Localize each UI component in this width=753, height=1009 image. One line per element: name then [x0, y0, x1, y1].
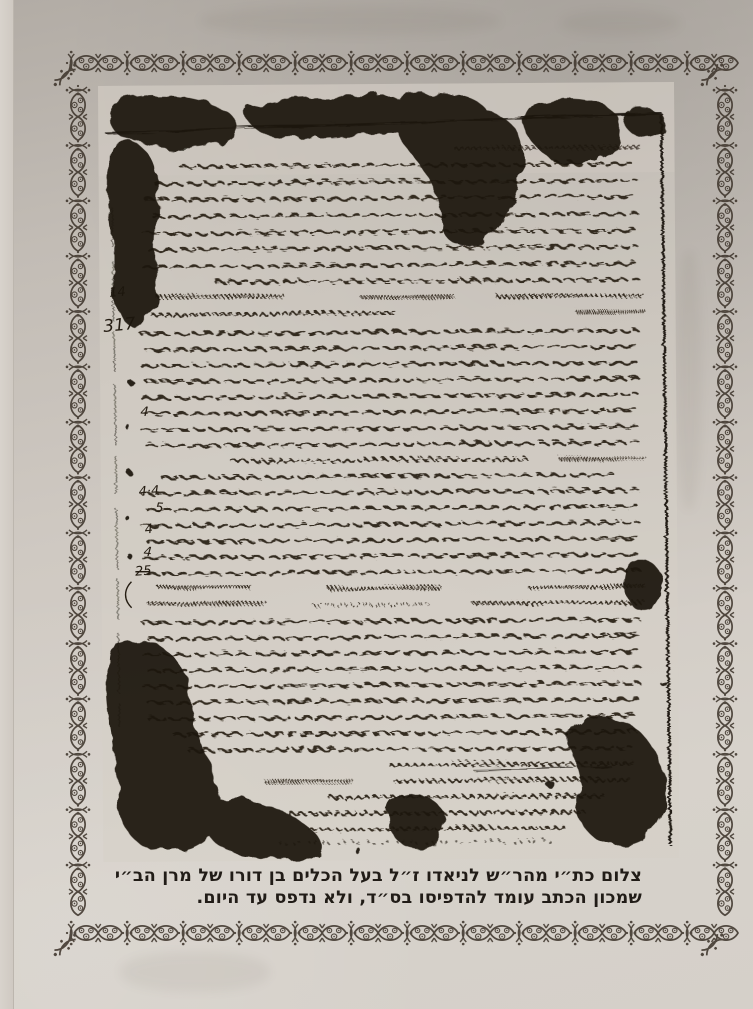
svg-text:4: 4	[143, 545, 152, 561]
ornamental-border-right	[713, 85, 738, 915]
border-corner-ornament	[50, 929, 81, 960]
ornamental-border-bottom	[66, 921, 738, 946]
ornamental-border-top	[66, 51, 738, 76]
svg-text:4: 4	[140, 405, 149, 420]
book-page-photo: 14 317 4 4·4 5 4 4 25	[0, 0, 753, 1009]
svg-text:4: 4	[144, 522, 154, 538]
caption: צלום כת״י מהר״ש לניאדו ז״ל בעל הכלים בן …	[115, 865, 642, 909]
manuscript-facsimile: 14 317 4 4·4 5 4 4 25	[98, 82, 679, 862]
border-corner-ornament	[50, 59, 81, 90]
page-artwork: 14 317 4 4·4 5 4 4 25	[0, 0, 753, 1009]
ornamental-border-left	[66, 85, 91, 915]
svg-text:5: 5	[155, 501, 164, 516]
caption-line-2: שמכון הכתב עומד להדפיסו בס״ד, ולא נדפס ע…	[115, 887, 642, 909]
svg-text:4·4: 4·4	[138, 484, 160, 500]
caption-line-1: צלום כת״י מהר״ש לניאדו ז״ל בעל הכלים בן …	[115, 865, 642, 887]
